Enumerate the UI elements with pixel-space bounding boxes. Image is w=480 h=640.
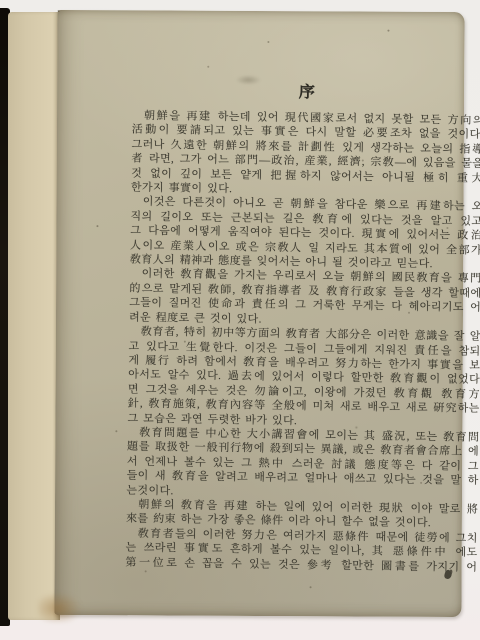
paragraph: 朝鮮을 再建 하는데 있어 現代國家로서 없지 못할 모든 方向의 活動이 要請…	[131, 109, 480, 201]
paper-specks	[58, 10, 60, 12]
paragraph: 敎育者, 特히 初中等方面의 敎育者 大部分은 이러한 意識을 잘 알 고 있다…	[127, 325, 480, 431]
book-photo: 序 朝鮮을 再建 하는데 있어 現代國家로서 없지 못할 모든 方向의 活動이 …	[0, 0, 480, 640]
page-body: 朝鮮을 再建 하는데 있어 現代國家로서 없지 못할 모든 方向의 活動이 要請…	[125, 109, 480, 575]
section-title: 序	[132, 77, 480, 105]
paragraph: 이러한 敎育觀을 가지는 우리로서 오늘 朝鮮의 國民敎育을 專門 的으로 맡게…	[129, 267, 480, 330]
paragraph: 이것은 다른것이 아니오 곧 朝鮮을 참다운 樂으로 再建하는 오 직의 길이오…	[130, 195, 480, 272]
paragraph: 敎育者들의 이러한 努力은 여러가지 惡條件 때문에 徒勞에 그치 는 쓰라린 …	[125, 526, 478, 574]
underlying-page-edge	[8, 12, 60, 620]
book-page: 序 朝鮮을 再建 하는데 있어 現代國家로서 없지 못할 모든 方向의 活動이 …	[54, 10, 464, 617]
stain-mark	[38, 592, 82, 622]
page-content: 序 朝鮮을 再建 하는데 있어 現代國家로서 없지 못할 모든 方向의 活動이 …	[125, 9, 480, 575]
paragraph: 敎育問題를 中心한 大小講習會에 모이는 其 盛況, 또는 敎育問 題를 取扱한…	[126, 426, 479, 503]
